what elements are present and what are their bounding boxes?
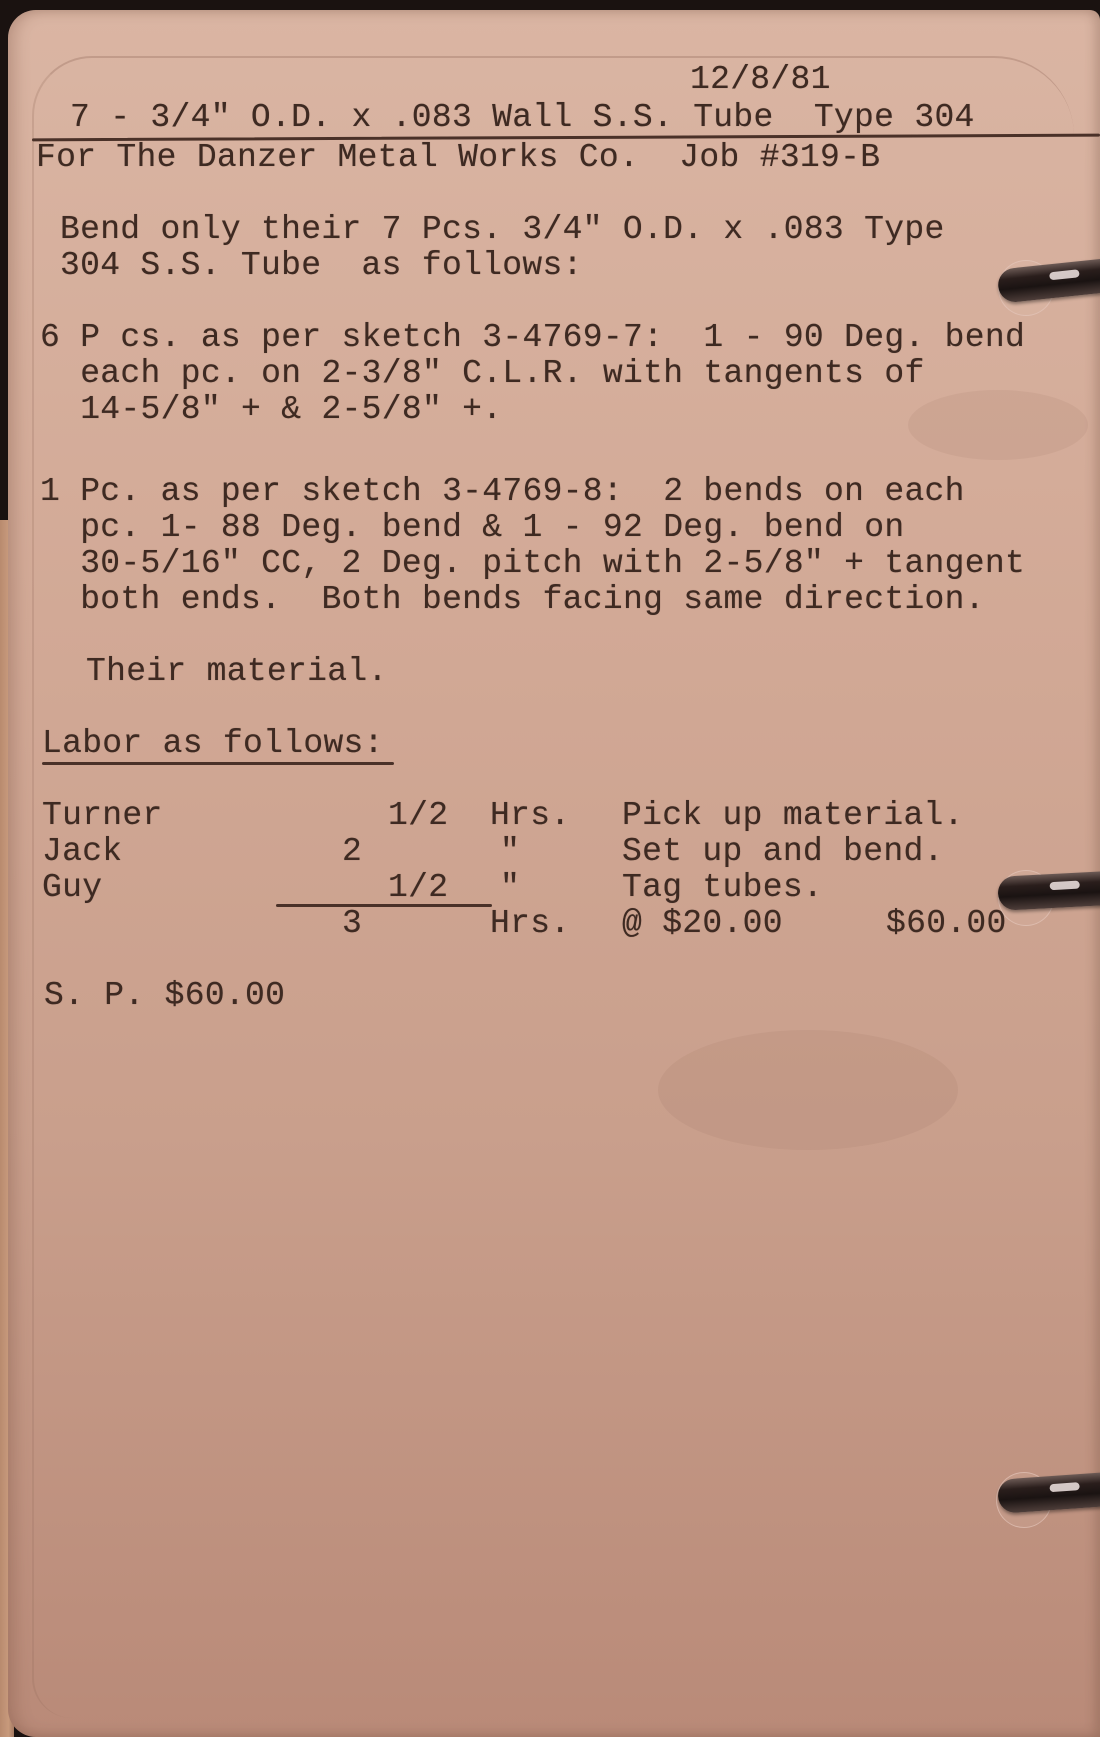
item-line: 1 Pc. as per sketch 3-4769-8: 2 bends on… — [40, 474, 965, 510]
labor-name: Jack — [42, 834, 122, 870]
labor-unit: Hrs. — [490, 798, 570, 834]
material-note: Their material. — [86, 654, 388, 690]
item-line: each pc. on 2-3/8" C.L.R. with tangents … — [40, 356, 925, 392]
selling-price: S. P. $60.00 — [44, 978, 285, 1014]
labor-fraction: 1/2 — [388, 870, 448, 906]
customer-line: For The Danzer Metal Works Co. Job #319-… — [36, 140, 880, 176]
item-line: 14-5/8" + & 2-5/8" +. — [40, 392, 502, 428]
sum-rule — [276, 904, 492, 907]
labor-name: Guy — [42, 870, 102, 906]
item-line: both ends. Both bends facing same direct… — [40, 582, 985, 618]
binder-ring-icon — [997, 1472, 1100, 1514]
labor-amount: $60.00 — [886, 906, 1007, 942]
labor-task: Set up and bend. — [622, 834, 944, 870]
binder-ring-icon — [997, 871, 1100, 911]
labor-task: Tag tubes. — [622, 870, 823, 906]
labor-name: Turner — [42, 798, 163, 834]
date: 12/8/81 — [690, 62, 831, 98]
labor-heading: Labor as follows: — [42, 726, 384, 762]
intro-line: Bend only their 7 Pcs. 3/4" O.D. x .083 … — [60, 212, 945, 248]
bleed-through-smudge — [908, 390, 1088, 460]
labor-unit: " — [500, 870, 520, 906]
bleed-through-smudge — [658, 1030, 958, 1150]
binder-photo: 12/8/81 7 - 3/4" O.D. x .083 Wall S.S. T… — [0, 0, 1100, 1737]
labor-unit: " — [500, 834, 520, 870]
labor-total-hours: 3 — [342, 906, 362, 942]
labor-rate: @ $20.00 — [622, 906, 783, 942]
item-line: pc. 1- 88 Deg. bend & 1 - 92 Deg. bend o… — [40, 510, 904, 546]
underlying-page-edge — [32, 56, 1074, 1718]
labor-task: Pick up material. — [622, 798, 964, 834]
labor-whole: 2 — [342, 834, 362, 870]
item-line: 30-5/16" CC, 2 Deg. pitch with 2-5/8" + … — [40, 546, 1025, 582]
header-line: 7 - 3/4" O.D. x .083 Wall S.S. Tube Type… — [70, 100, 975, 136]
labor-heading-underline — [42, 762, 394, 765]
labor-total-unit: Hrs. — [490, 906, 570, 942]
job-card-page: 12/8/81 7 - 3/4" O.D. x .083 Wall S.S. T… — [8, 10, 1100, 1737]
item-line: 6 P cs. as per sketch 3-4769-7: 1 - 90 D… — [40, 320, 1025, 356]
labor-fraction: 1/2 — [388, 798, 448, 834]
intro-line: 304 S.S. Tube as follows: — [60, 248, 583, 284]
